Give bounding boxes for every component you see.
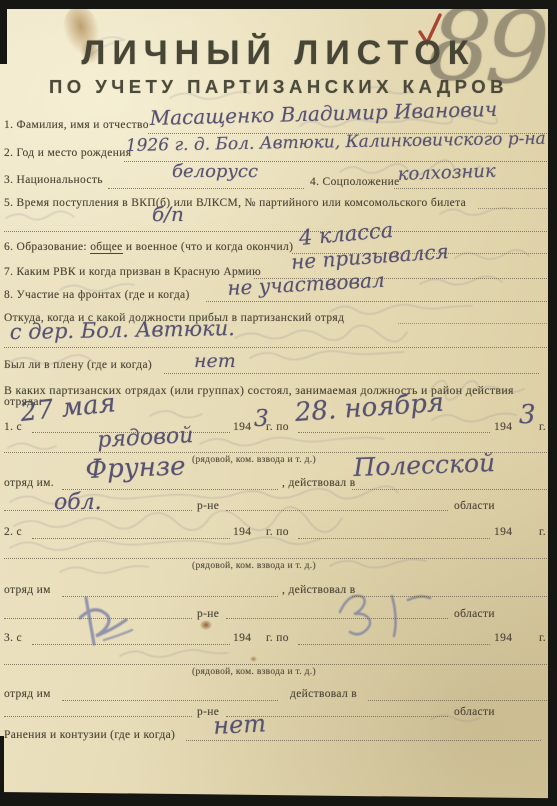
block1-year2-suffix: г. [539,421,546,433]
block1-unit: Фрунзе [85,452,186,485]
field-label-front-service: 8. Участие на фронтах (где и когда) [4,289,190,301]
block2-unit-label: отряд им [4,584,51,596]
form-subtitle: ПО УЧЕТУ ПАРТИЗАНСКИХ КАДРОВ [0,76,557,98]
field-value-nationality: белорусс [172,161,258,182]
field-label-social-position: 4. Соцположение [310,176,400,188]
block2-oblast-label: области [454,608,495,620]
block3-acted-label: действовал в [290,688,357,700]
field-label-surname: 1. Фамилия, имя и отчество [4,119,149,131]
field-label-pow: Был ли в плену (где и когда) [4,359,152,371]
scan-edge-right [548,0,557,806]
block1-oblast-label: области [454,500,495,512]
block1-position: рядовой [97,423,194,453]
field-value-social-position: колхозник [397,161,496,185]
block3-year1: 194 [233,632,251,644]
block2-year1: 194 [233,526,251,538]
field-value-party-membership: б/п [152,202,184,226]
block3-year2: 194 [494,632,512,644]
field-value-surname: Масащенко Владимир Иванович [149,97,497,130]
block1-acted-label: , действовал в [282,477,356,489]
block2-mid: г. по [266,526,289,538]
block1-acted-in: Полесской [353,448,496,482]
field-label-party-membership: 5. Время поступления в ВКП(б) или ВЛКСМ,… [4,197,466,209]
scan-edge-top [0,0,557,9]
block2-district-label: р-не [197,608,219,620]
field-label-wounds: Ранения и контузии (где и когда) [4,729,175,741]
block3-unit-label: отряд им [4,688,51,700]
paper-stain [200,620,212,630]
block1-year2: 194 [494,421,512,433]
scan-edge-bottom [0,792,557,806]
block1-position-caption: (рядовой, ком. взвода и т. д.) [192,455,316,465]
block3-year2-suffix: г. [539,632,546,644]
block3-position-caption: (рядовой, ком. взвода и т. д.) [192,667,316,677]
block2-position-caption: (рядовой, ком. взвода и т. д.) [192,561,316,571]
block1-index: 1. с [4,421,22,433]
field-label-rvk-draft: 7. Каким РВК и когда призван в Красную А… [4,266,261,278]
scan-edge-top-left [0,0,7,64]
block2-year2: 194 [494,526,512,538]
block1-district-label: р-не [197,500,219,512]
field-value-wounds: нет [213,709,267,740]
scanned-form-page: 89 ЛИЧНЫЙ ЛИСТОК ПО УЧЕТУ ПАРТИЗАНСКИХ К… [0,0,557,806]
block2-year2-suffix: г. [539,526,546,538]
block2-index: 2. с [4,526,22,538]
block3-index: 3. с [4,632,22,644]
block3-oblast-label: области [454,706,495,718]
block3-mid: г. по [266,632,289,644]
field-label-birth: 2. Год и место рождения [4,147,131,159]
field-value-arrival-origin: с дер. Бол. Автюки. [10,316,235,344]
blue-ink-bleed-marks [80,596,430,644]
block1-year2-hw: 3 [519,400,536,430]
field-label-education: 6. Образование: общее и военное (что и к… [4,241,293,253]
form-title: ЛИЧНЫЙ ЛИСТОК [0,34,557,73]
field-label-nationality: 3. Национальность [4,174,103,186]
scan-edge-bottom-left [0,736,4,806]
paper-stain [250,656,257,662]
block1-year1: 194 [233,421,251,433]
block1-unit-label: отряд им. [4,477,54,489]
field-value-pow: нет [194,350,236,372]
block1-mid: г. по [266,421,289,433]
block1-region: обл. [54,490,102,515]
block2-acted-label: , действовал в [282,584,356,596]
